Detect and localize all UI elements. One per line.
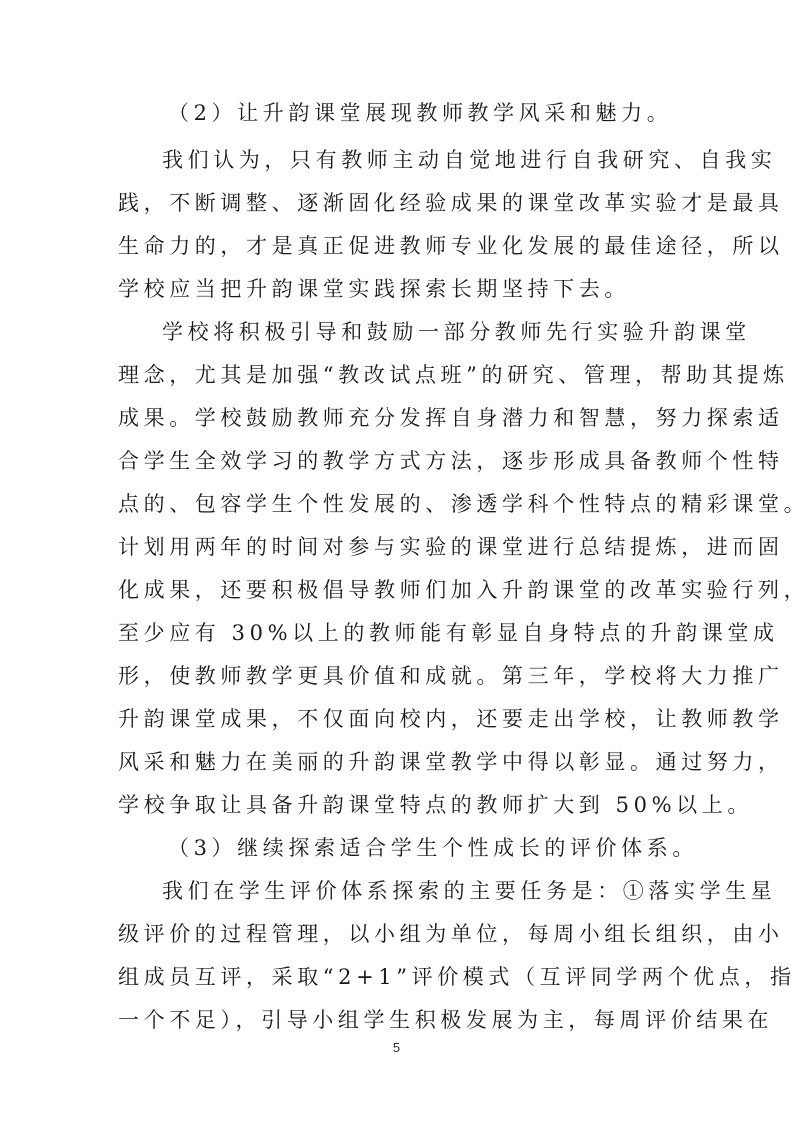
text-line: 合学生全效学习的教学方式方法，逐步形成具备教师个性特 (118, 447, 678, 475)
text-line: 学校将积极引导和鼓励一部分教师先行实验升韵课堂 (162, 318, 722, 346)
section-heading: （3）继续探索适合学生个性成长的评价体系。 (168, 834, 728, 862)
text-line: 生命力的，才是真正促进教师专业化发展的最佳途径，所以 (118, 232, 678, 260)
text-line: 理念，尤其是加强“教改试点班”的研究、管理，帮助其提炼 (118, 361, 678, 389)
text-line: 我们认为，只有教师主动自觉地进行自我研究、自我实 (162, 146, 722, 174)
text-line: 计划用两年的时间对参与实验的课堂进行总结提炼，进而固 (118, 533, 678, 561)
text-line: 化成果，还要积极倡导教师们加入升韵课堂的改革实验行列， (118, 576, 678, 604)
text-line: 点的、包容学生个性发展的、渗透学科个性特点的精彩课堂。 (118, 490, 678, 518)
text-line: 学校应当把升韵课堂实践探索长期坚持下去。 (118, 275, 678, 303)
text-line: 至少应有 30%以上的教师能有彰显自身特点的升韵课堂成 (118, 619, 678, 647)
text-line: 形，使教师教学更具价值和成就。第三年，学校将大力推广 (118, 662, 678, 690)
text-line: 一个不足），引导小组学生积极发展为主，每周评价结果在 (118, 1006, 678, 1034)
text-line: 学校争取让具备升韵课堂特点的教师扩大到 50%以上。 (118, 791, 678, 819)
text-line: 践，不断调整、逐渐固化经验成果的课堂改革实验才是最具 (118, 189, 678, 217)
text-line: 升韵课堂成果，不仅面向校内，还要走出学校，让教师教学 (118, 705, 678, 733)
page-number: 5 (0, 1040, 793, 1055)
text-line: 成果。学校鼓励教师充分发挥自身潜力和智慧，努力探索适 (118, 404, 678, 432)
text-line: 级评价的过程管理，以小组为单位，每周小组长组织，由小 (118, 920, 678, 948)
text-line: 我们在学生评价体系探索的主要任务是：①落实学生星 (162, 877, 722, 905)
section-heading: （2）让升韵课堂展现教师教学风采和魅力。 (168, 99, 728, 127)
text-line: 风采和魅力在美丽的升韵课堂教学中得以彰显。通过努力， (118, 748, 678, 776)
text-line: 组成员互评，采取“2+1”评价模式（互评同学两个优点，指出 (118, 963, 678, 991)
document-page: （2）让升韵课堂展现教师教学风采和魅力。我们认为，只有教师主动自觉地进行自我研究… (0, 0, 793, 1122)
